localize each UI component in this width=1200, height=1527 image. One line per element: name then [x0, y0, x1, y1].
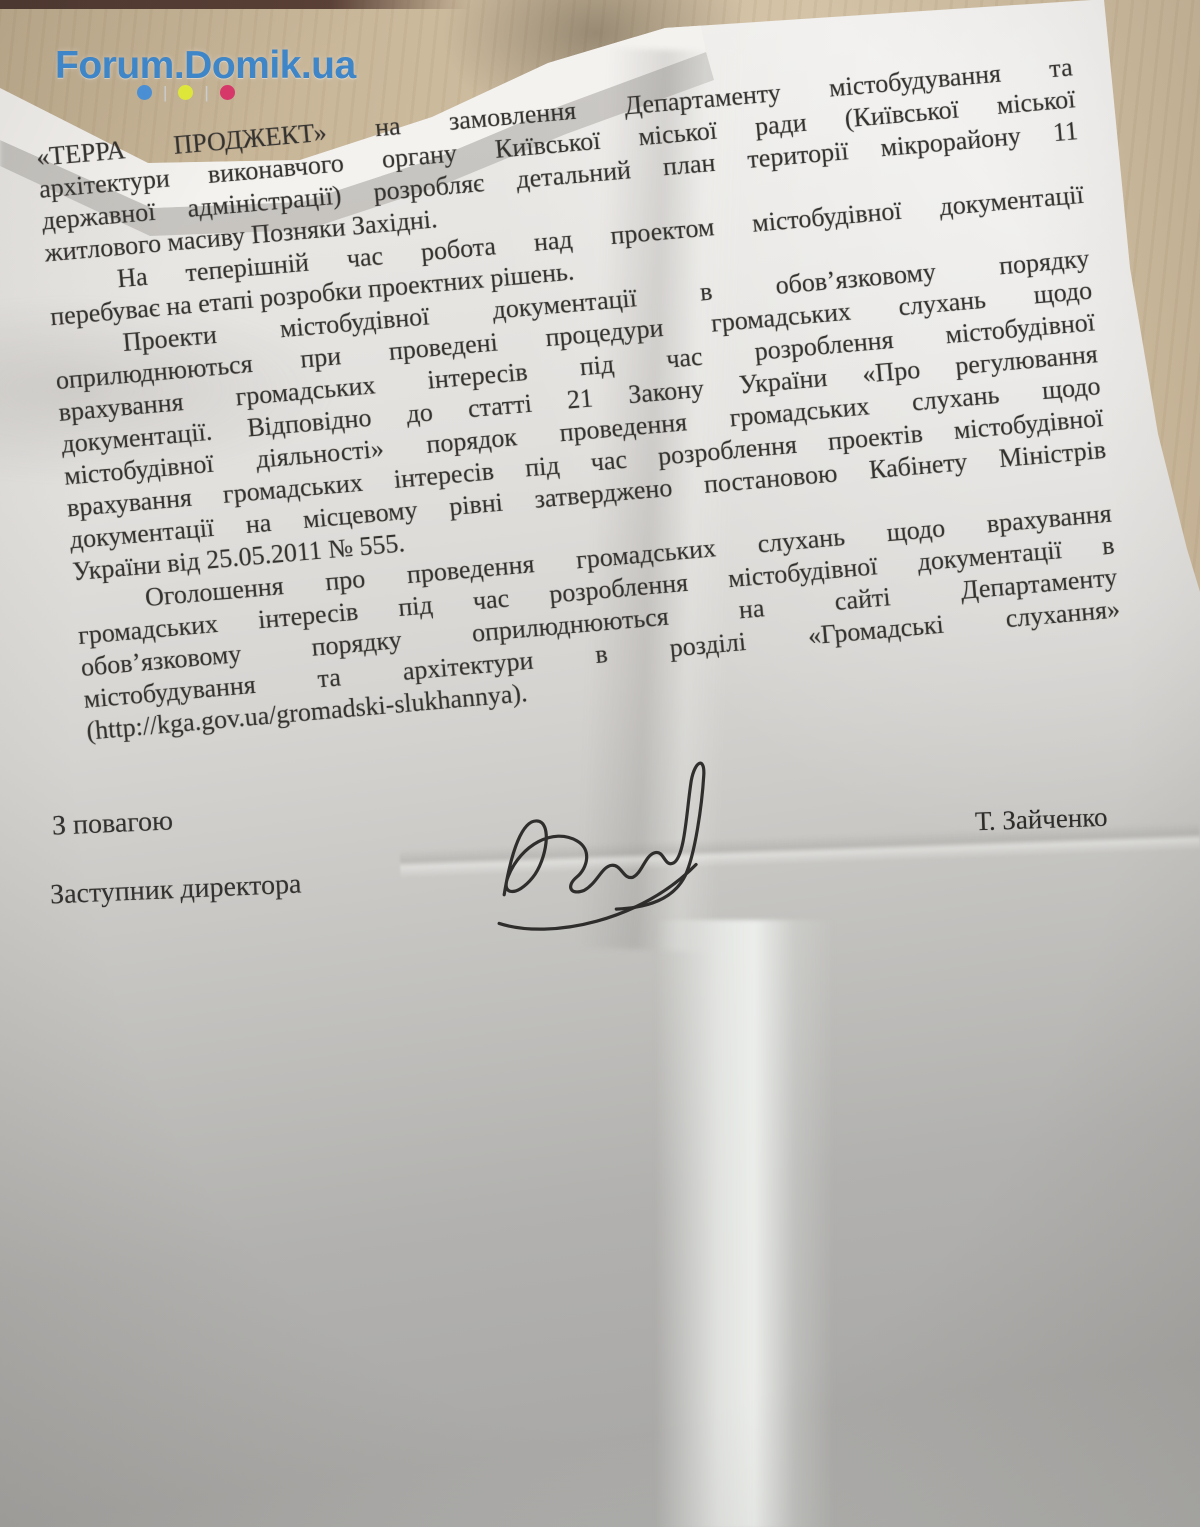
desk-edge-strip [0, 0, 470, 9]
red-dot-icon [220, 85, 235, 100]
blue-dot-icon [137, 85, 152, 100]
signer-name: Т. Зайченко [974, 802, 1108, 838]
closing-regards: З повагою [51, 805, 173, 842]
watermark-dots: | | [137, 85, 235, 100]
dot-separator: | [163, 85, 167, 100]
yellow-dot-icon [178, 85, 193, 100]
forum-domik-watermark: Forum.Domik.ua [55, 44, 356, 88]
vertical-fold-highlight [655, 920, 835, 1527]
handwritten-signature [474, 750, 736, 950]
dot-separator: | [204, 85, 208, 100]
photo-of-letter: { "watermark": { "text": "Forum.Domik.ua… [0, 0, 1200, 1527]
letter-text-block: «ТЕРРА ПРОДЖЕКТ» на замовлення Департаме… [35, 51, 1124, 747]
